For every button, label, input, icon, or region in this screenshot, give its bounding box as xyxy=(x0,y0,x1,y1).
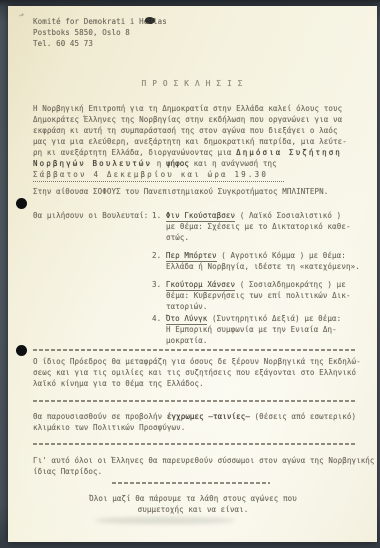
intro-line-5-text: ρη κι ανεξάρτητη Ελλάδα, διοργανώνοντας … xyxy=(33,148,236,157)
speaker-item-1-line-3: στώς. xyxy=(166,232,189,243)
punch-hole-top xyxy=(16,198,27,209)
intro-line-6-emphasis: Νορβηγών Βουλευτών xyxy=(33,159,152,168)
speaker-4-number: 4. xyxy=(152,314,161,323)
speaker-item-3-line-1: 3. Γκούτορμ Χάνσεν ( Σοσιαλδημοκράτης ) … xyxy=(152,279,346,290)
speaker-3-name: Γκούτορμ Χάνσεν xyxy=(166,280,235,291)
speaker-item-4-line-1: 4. Ότο Λύνγκ (Συντηρητικό Δεξιά) με θέμα… xyxy=(152,313,341,324)
speaker-item-3-line-3: τατοριών. xyxy=(166,301,208,312)
film-note-line-2: κλιμάκιο των Πολιτικών Προσφύγων. xyxy=(33,422,185,433)
speaker-item-2-line-2: Ελλάδα ή Νορβηγία, ιδέστε τη «κατεχόμενη… xyxy=(166,261,360,272)
page-title: ΠΡΟΣΚΛΗΣΙΣ xyxy=(33,78,357,89)
footer-line-1: Όλοι μαζί θα πάρουμε τα λάθη στους αγώνε… xyxy=(68,493,318,504)
event-date-line: Σάββατον 4 Δεκεμβρίου και ώρα 19.30 xyxy=(33,169,284,180)
org-address: Postboks 5850, Oslo 8 xyxy=(33,27,130,38)
intro-line-1: Η Νορβηγική Επιτροπή για τη Δημοκρατία σ… xyxy=(33,103,342,114)
separator-line-4 xyxy=(112,482,270,484)
intro-line-3: εκφράση κι αυτή τη συμπαράστασή της στον… xyxy=(33,125,338,136)
speaker-4-name: Ότο Λύνγκ xyxy=(166,314,208,325)
intro-line-6-bold: ψήφος xyxy=(166,159,189,168)
speaker-item-3-line-2: θέμα: Κυβερνήσεις των επί πολιτικών Δικ- xyxy=(166,290,351,301)
intro-line-4: μας για μια ελεύθερη, ανεξάρτητη και δημ… xyxy=(33,136,347,147)
speaker-3-number: 3. xyxy=(152,280,161,289)
closing-note-line-2: ίδιας Πατρίδος. xyxy=(33,466,102,477)
document-paper: ↝ Komité for Demokrati i Hellas Postboks… xyxy=(8,6,377,542)
ink-blot xyxy=(145,17,155,24)
intro-line-5-emphasis: Δημόσια Συζήτηση xyxy=(236,148,342,157)
punch-hole-bottom xyxy=(16,345,27,356)
org-phone: Tel. 60 45 73 xyxy=(33,38,93,49)
film-note-end: (θέσεις από εσωτερικό) xyxy=(250,412,356,421)
translation-note-line-1: Ο ίδιος Πρόεδρος θα μεταφράζη για όσους … xyxy=(33,356,361,367)
speaker-2-name: Περ Μπόρτεν xyxy=(166,251,217,262)
translation-note-line-3: λαϊκό κίνημα για το θέμα της Ελλάδος. xyxy=(33,378,204,389)
speakers-intro: Θα μιλήσουν οι Βουλευταί: xyxy=(33,210,148,221)
speaker-item-1-line-1: 1. Φιν Γκούσταβσεν ( Λαϊκό Σοσιαλιστικό … xyxy=(152,210,341,221)
translation-note-line-2: σεως και για τις ομιλίες και τις συζητήσ… xyxy=(33,367,356,378)
speaker-item-2-line-1: 2. Περ Μπόρτεν ( Αγροτικό Κόμμα ) με θέμ… xyxy=(152,250,346,261)
title-text: ΠΡΟΣΚΛΗΣΙΣ xyxy=(142,79,249,88)
film-note-start: Θα παρουσιασθούν σε προβολήν xyxy=(33,412,167,421)
intro-line-6-mid: η xyxy=(152,159,166,168)
film-note-line-1: Θα παρουσιασθούν σε προβολήν έγχρωμες —τ… xyxy=(33,411,356,422)
speaker-1-name: Φιν Γκούσταβσεν xyxy=(166,211,235,222)
intro-line-6: Νορβηγών Βουλευτών η ψήφος και η ανάγνωσ… xyxy=(33,158,277,169)
separator-line-2 xyxy=(33,400,357,402)
separator-line-1 xyxy=(33,349,357,351)
pencil-mark: ↝ xyxy=(17,10,26,21)
speaker-3-party: ( Σοσιαλδημοκράτης ) με xyxy=(235,280,346,289)
speaker-item-4-line-2: Η Εμπορική συμφωνία με την Ενιαία Δη- xyxy=(166,324,337,335)
speaker-1-number: 1. xyxy=(152,211,161,220)
speaker-1-party: ( Λαϊκό Σοσιαλιστικό ) xyxy=(235,211,341,220)
footer-line-2: συμμετοχής και να είναι. xyxy=(68,504,318,515)
event-date: Σάββατον 4 Δεκεμβρίου και ώρα 19.30 xyxy=(33,170,284,182)
closing-note-line-1: Γι' αυτό όλοι οι Έλληνες θα παρευρεθούν … xyxy=(33,455,375,466)
speaker-2-number: 2. xyxy=(152,251,161,260)
scan-smudge xyxy=(95,517,235,524)
event-location: Στην αίθουσα ΣΟΦΟΥΣ του Πανεπιστημιακού … xyxy=(33,186,328,197)
intro-line-2: Δημοκράτες Έλληνες της Νορβηγίας στην εκ… xyxy=(33,114,342,125)
speaker-item-1-line-2: με θέμα: Σχέσεις με το Δικτατορικό καθε- xyxy=(166,221,351,232)
intro-line-5: ρη κι ανεξάρτητη Ελλάδα, διοργανώνοντας … xyxy=(33,147,342,158)
intro-line-6-end: και η ανάγνωσή της xyxy=(189,159,277,168)
separator-line-3 xyxy=(33,443,357,445)
film-note-highlight: έγχρωμες —ταινίες— xyxy=(167,412,250,421)
speaker-4-party: (Συντηρητικό Δεξιά) με θέμα: xyxy=(207,314,341,323)
scanned-document-screenshot: { "colors": { "background": "#4a535b", "… xyxy=(0,0,380,548)
speaker-2-party: ( Αγροτικό Κόμμα ) με θέμα: xyxy=(217,251,346,260)
speaker-item-4-line-3: μοκρατία. xyxy=(166,335,208,346)
